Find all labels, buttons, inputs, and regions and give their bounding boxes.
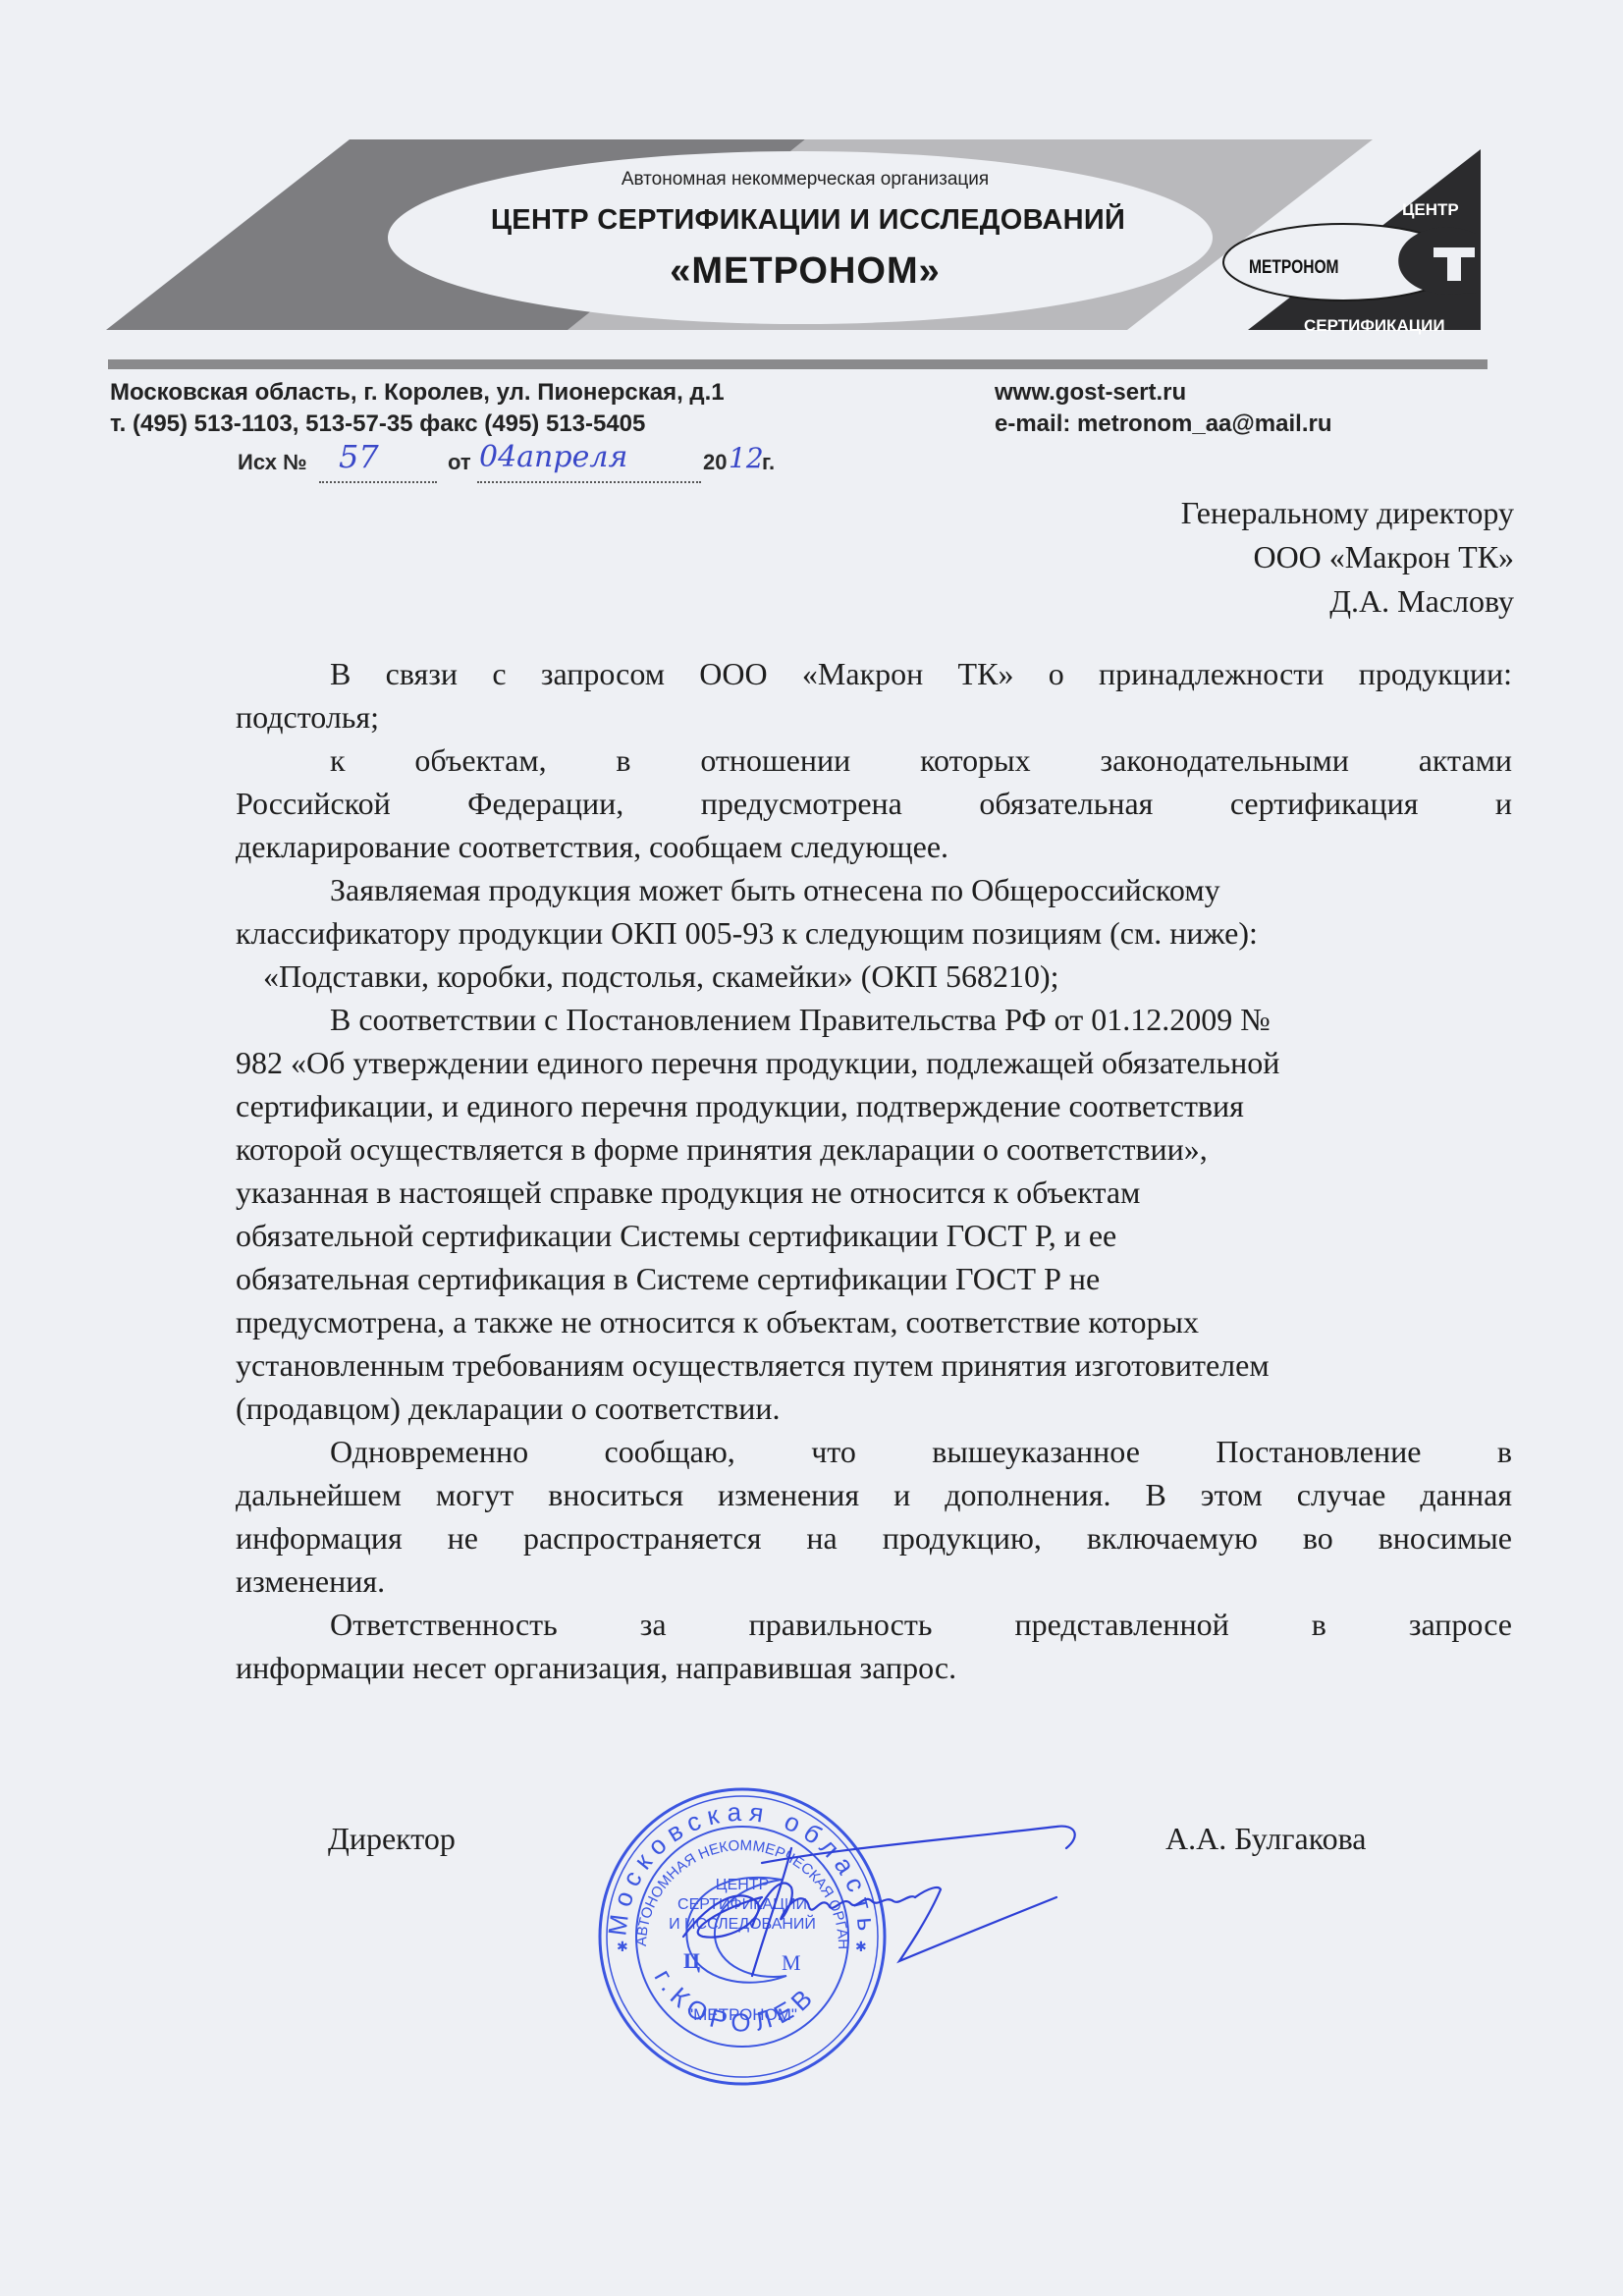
logo-middle-text: МЕТРОНОМ [1249,257,1339,279]
addressee-block: Генеральному директору ООО «Макрон ТК» Д… [1181,491,1514,624]
letterhead-banner: Автономная некоммерческая организация ЦЕ… [106,136,1490,332]
logo-top-text: ЦЕНТР [1402,200,1459,220]
body-line: Ответственность за правильность представ… [236,1603,1512,1646]
stamp-center-line1: ЦЕНТР [716,1877,770,1893]
ref-year-suffix: 12 [729,442,764,474]
body-line: «Подставки, коробки, подстолья, скамейки… [236,955,1512,998]
stamp-emblem-right: М [782,1950,801,1975]
body-line: информация не распространяется на продук… [236,1516,1512,1559]
signatory-name: А.А. Булгакова [1165,1821,1367,1857]
body-line: дальнейшем могут вноситься изменения и д… [236,1473,1512,1516]
star-icon: ✱ [617,1939,628,1954]
header-divider [108,359,1488,369]
body-line: информации несет организация, направивша… [236,1646,1512,1689]
body-line: к объектам, в отношении которых законода… [236,738,1512,782]
body-line: В связи с запросом ООО «Макрон ТК» о при… [236,652,1512,695]
stamp-outer-bottom: г.КОРОЛЕВ [649,1964,823,2037]
org-type: Автономная некоммерческая организация [550,169,1060,191]
body-line: предусмотрена, а также не относится к об… [236,1300,1512,1343]
stamp-emblem-left: Ц [683,1948,700,1973]
body-line: декларирование соответствия, сообщаем сл… [236,825,1512,868]
ref-label: Исх № [238,450,307,475]
ref-year-end: г. [762,450,775,475]
org-name: ЦЕНТР СЕРТИФИКАЦИИ И ИССЛЕДОВАНИЙ [391,204,1225,237]
body-line: классификатору продукции ОКП 005-93 к сл… [236,911,1512,955]
body-line: подстолья; [236,695,1512,738]
body-line: Заявляемая продукция может быть отнесена… [236,868,1512,911]
addressee-company: ООО «Макрон ТК» [1181,535,1514,579]
org-brand: «МЕТРОНОМ» [550,250,1060,293]
phones: т. (495) 513-1103, 513-57-35 факс (495) … [110,410,645,438]
body-line: 982 «Об утверждении единого перечня прод… [236,1041,1512,1084]
body-line: Российской Федерации, предусмотрена обяз… [236,782,1512,825]
ref-number: 57 [339,438,379,475]
body-line: (продавцом) декларации о соответствии. [236,1387,1512,1430]
body-line: обязательной сертификации Системы сертиф… [236,1214,1512,1257]
body-line: изменения. [236,1559,1512,1603]
letter-body: В связи с запросом ООО «Макрон ТК» о при… [236,652,1512,1689]
ref-date: 04апреля [479,440,627,474]
ref-date-underline [477,481,701,483]
body-line: которой осуществляется в форме принятия … [236,1127,1512,1171]
body-line: указанная в настоящей справке продукция … [236,1171,1512,1214]
letter-page: Автономная некоммерческая организация ЦЕ… [0,0,1623,2296]
body-line: Одновременно сообщаю, что вышеуказанное … [236,1430,1512,1473]
addressee-position: Генеральному директору [1181,491,1514,535]
stamp-brand: "МЕТРОНОМ" [687,2005,797,2024]
stamp-center-line3: И ИССЛЕДОВАНИЙ [669,1914,816,1933]
addressee-name: Д.А. Маслову [1181,579,1514,624]
body-line: установленным требованиям осуществляется… [236,1343,1512,1387]
body-line: обязательная сертификация в Системе серт… [236,1257,1512,1300]
email-link[interactable]: e-mail: metronom_aa@mail.ru [995,410,1332,438]
logo-bottom-text: СЕРТИФИКАЦИИ [1304,316,1445,336]
ref-year-prefix: 20 [703,450,727,475]
ref-from-label: от [448,450,471,475]
body-line: сертификации, и единого перечня продукци… [236,1084,1512,1127]
address: Московская область, г. Королев, ул. Пион… [110,379,725,407]
ref-number-underline [319,481,437,483]
body-line: В соответствии с Постановлением Правител… [236,998,1512,1041]
website-link[interactable]: www.gost-sert.ru [995,379,1186,407]
svg-text:г.КОРОЛЕВ: г.КОРОЛЕВ [649,1964,823,2037]
signatory-title: Директор [328,1821,456,1857]
official-stamp: Московская область г.КОРОЛЕВ АВТОНОМНАЯ … [585,1779,1174,2094]
star-icon: ✱ [855,1939,867,1954]
